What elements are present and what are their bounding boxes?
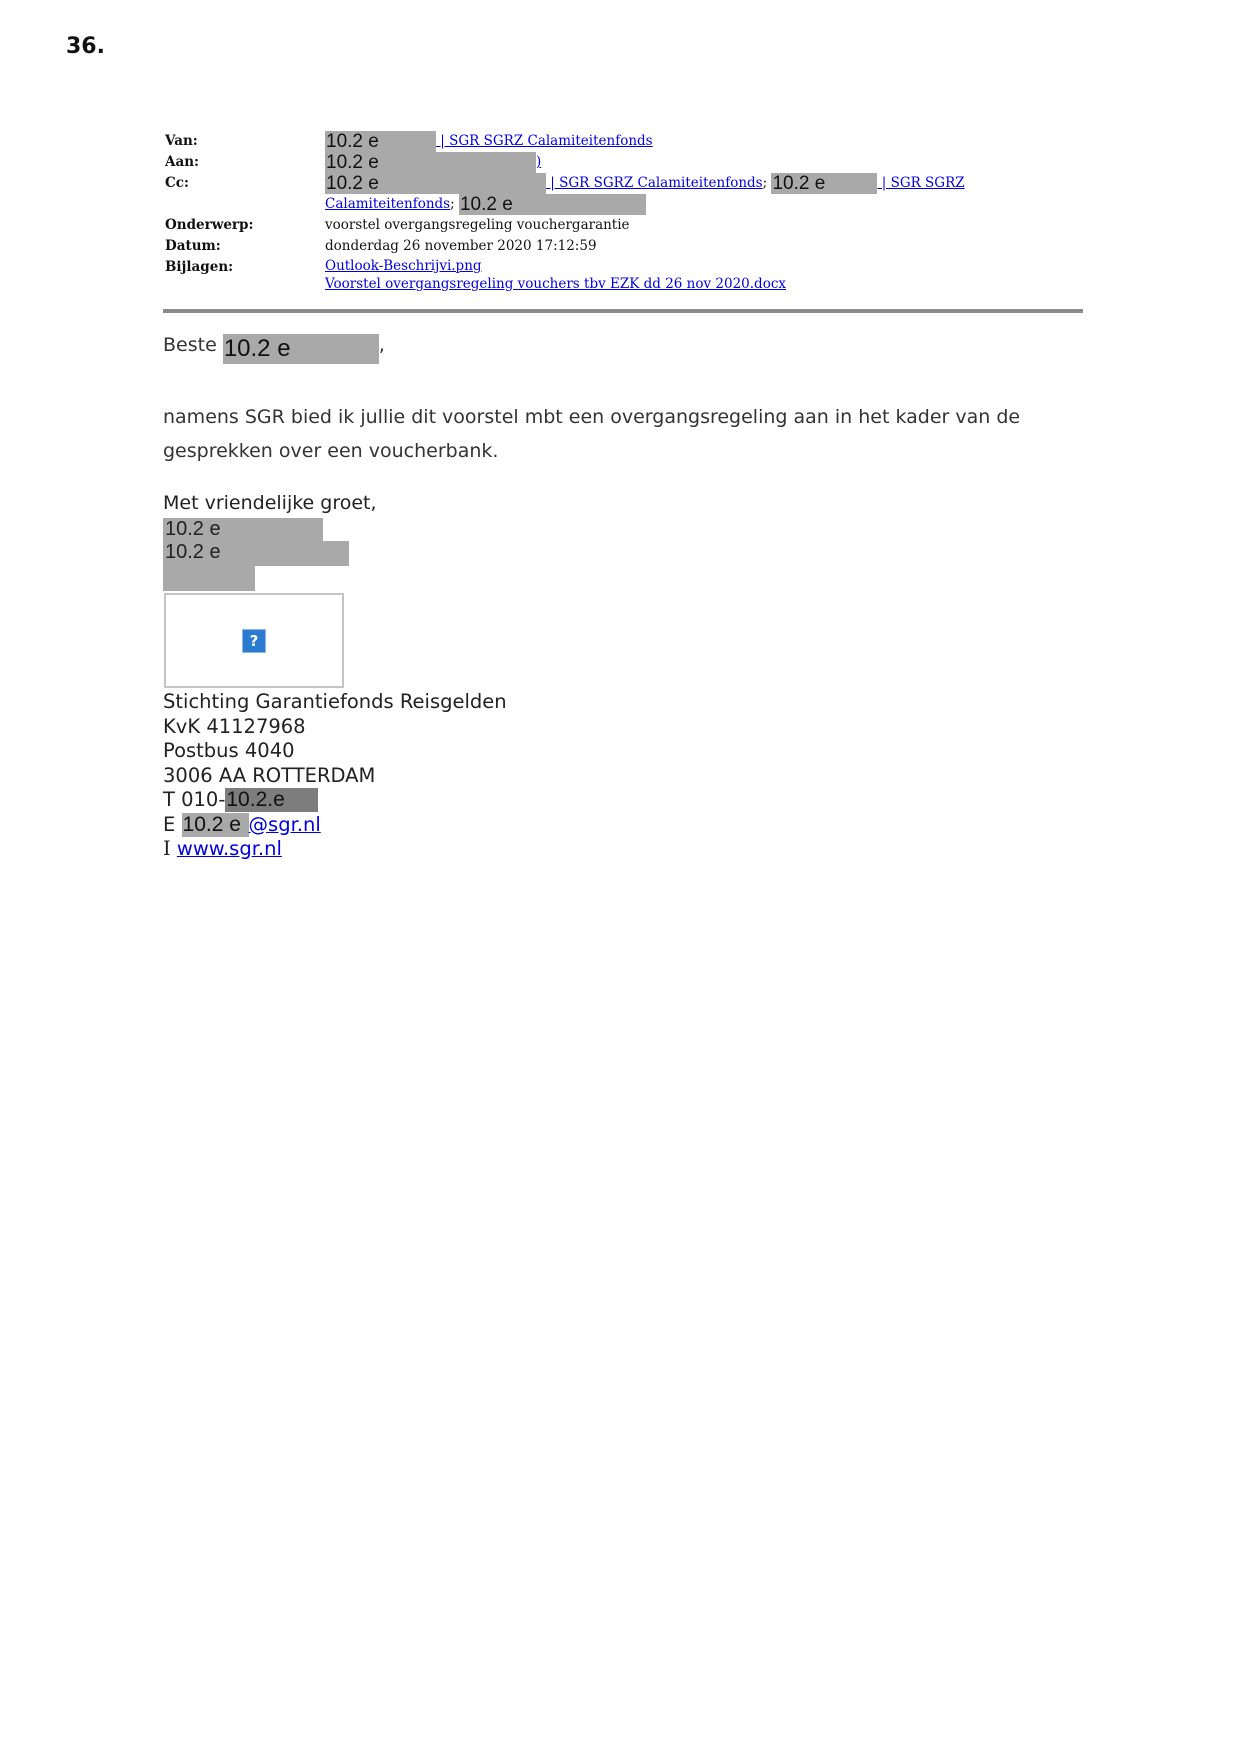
city: 3006 AA ROTTERDAM bbox=[163, 764, 507, 789]
attachments-list: Outlook-Beschrijvi.png Voorstel overgang… bbox=[325, 257, 786, 293]
attachment-link[interactable]: Outlook-Beschrijvi.png bbox=[325, 258, 482, 274]
signature-redactions: 10.2 e 10.2 e bbox=[163, 518, 349, 591]
redacted-cc-2: 10.2 e bbox=[771, 173, 877, 194]
email-domain-link[interactable]: @sgr.nl bbox=[249, 813, 321, 836]
email-line: E 10.2 e@sgr.nl bbox=[163, 813, 507, 838]
subject-value: voorstel overgangsregeling vouchergarant… bbox=[325, 215, 630, 236]
web-prefix: I bbox=[163, 837, 177, 860]
cc-value-continued: Calamiteitenfonds; 10.2 e bbox=[325, 194, 646, 215]
subject-label: Onderwerp: bbox=[165, 217, 253, 233]
kvk-number: KvK 41127968 bbox=[163, 715, 507, 740]
broken-image-icon: ? bbox=[242, 629, 266, 653]
cc-label: Cc: bbox=[165, 175, 189, 191]
header-row-subject: Onderwerp: voorstel overgangsregeling vo… bbox=[165, 215, 1085, 236]
email-prefix: E bbox=[163, 813, 182, 836]
phone-line: T 010-10.2.e bbox=[163, 788, 507, 813]
body-paragraph: namens SGR bied ik jullie dit voorstel m… bbox=[163, 400, 1093, 468]
redacted-phone: 10.2.e bbox=[225, 788, 318, 812]
redacted-recipient: 10.2 e bbox=[325, 152, 536, 173]
header-row-to: Aan: 10.2 e) bbox=[165, 152, 1085, 173]
closing: Met vriendelijke groet, bbox=[163, 492, 377, 515]
from-label: Van: bbox=[165, 133, 198, 149]
sender-email-link[interactable]: | SGR SGRZ Calamiteitenfonds bbox=[436, 133, 653, 149]
web-line: I www.sgr.nl bbox=[163, 837, 507, 862]
cc-separator: ; bbox=[763, 175, 772, 191]
header-divider bbox=[163, 309, 1083, 313]
redacted-signature-title: 10.2 e bbox=[163, 541, 349, 566]
date-label: Datum: bbox=[165, 238, 221, 254]
cc-2-email-link-continued[interactable]: Calamiteitenfonds bbox=[325, 196, 450, 212]
organization-name: Stichting Garantiefonds Reisgelden bbox=[163, 690, 507, 715]
missing-image-placeholder: ? bbox=[164, 593, 344, 688]
redacted-greeting-name: 10.2 e bbox=[223, 334, 379, 364]
redacted-email-user: 10.2 e bbox=[182, 813, 249, 837]
redacted-sender-name: 10.2 e bbox=[325, 131, 436, 152]
cc-separator: ; bbox=[450, 196, 459, 212]
cc-1-email-link[interactable]: | SGR SGRZ Calamiteitenfonds bbox=[546, 175, 763, 191]
attachment-link[interactable]: Voorstel overgangsregeling vouchers tbv … bbox=[325, 276, 786, 292]
greeting-suffix: , bbox=[379, 334, 385, 356]
redacted-signature-name: 10.2 e bbox=[163, 518, 323, 541]
postbus: Postbus 4040 bbox=[163, 739, 507, 764]
header-row-attachments: Bijlagen: Outlook-Beschrijvi.png Voorste… bbox=[165, 257, 1085, 278]
greeting: Beste 10.2 e, bbox=[163, 334, 385, 364]
to-label: Aan: bbox=[165, 154, 199, 170]
phone-prefix: T 010- bbox=[163, 788, 225, 811]
cc-2-email-link[interactable]: | SGR SGRZ bbox=[877, 175, 964, 191]
page-number: 36. bbox=[66, 34, 105, 59]
from-value: 10.2 e | SGR SGRZ Calamiteitenfonds bbox=[325, 131, 653, 152]
to-value: 10.2 e) bbox=[325, 152, 541, 173]
greeting-prefix: Beste bbox=[163, 334, 223, 356]
redacted-cc-1: 10.2 e bbox=[325, 173, 546, 194]
cc-value: 10.2 e | SGR SGRZ Calamiteitenfonds; 10.… bbox=[325, 173, 965, 194]
header-row-from: Van: 10.2 e | SGR SGRZ Calamiteitenfonds bbox=[165, 131, 1085, 152]
email-header: Van: 10.2 e | SGR SGRZ Calamiteitenfonds… bbox=[165, 131, 1085, 278]
redacted-cc-3: 10.2 e bbox=[459, 194, 646, 215]
header-row-cc: Cc: 10.2 e | SGR SGRZ Calamiteitenfonds;… bbox=[165, 173, 1085, 194]
recipient-email-link[interactable]: ) bbox=[536, 154, 541, 170]
redacted-signature-extra bbox=[163, 566, 255, 591]
attachments-label: Bijlagen: bbox=[165, 259, 233, 275]
date-value: donderdag 26 november 2020 17:12:59 bbox=[325, 236, 597, 257]
header-row-cc-continued: Calamiteitenfonds; 10.2 e bbox=[165, 194, 1085, 215]
signature-contact: Stichting Garantiefonds Reisgelden KvK 4… bbox=[163, 690, 507, 862]
header-row-date: Datum: donderdag 26 november 2020 17:12:… bbox=[165, 236, 1085, 257]
website-link[interactable]: www.sgr.nl bbox=[177, 837, 282, 860]
